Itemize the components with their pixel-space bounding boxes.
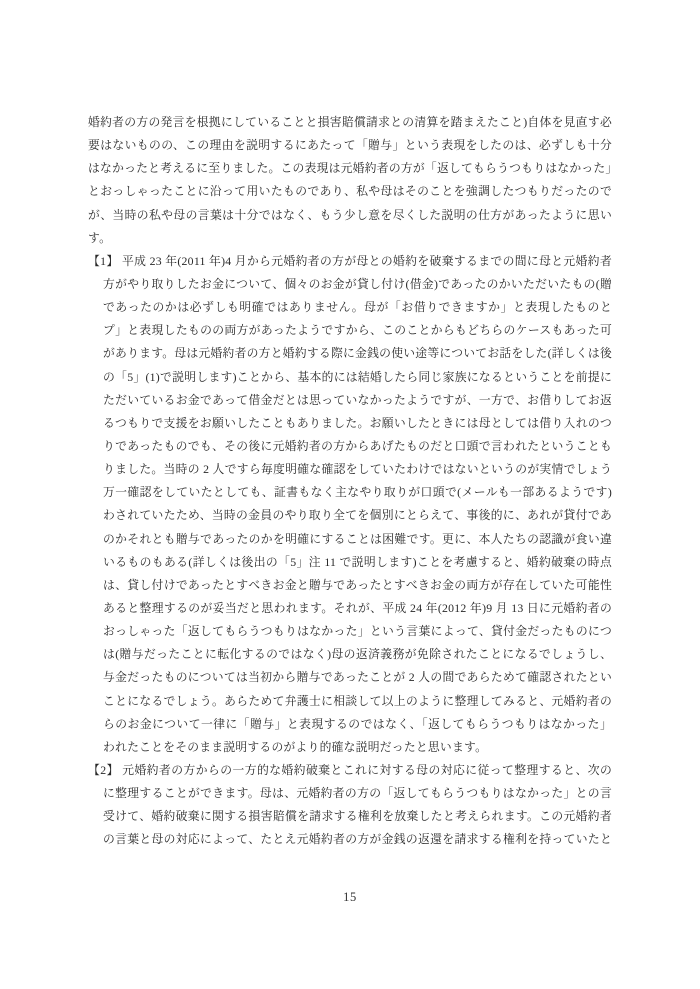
text-line: おっしゃった「返してもらうつもりはなかった」という言葉によって、貸付金だったもの… (103, 620, 612, 643)
text-line: であったのかは必ずしも明確ではありません。母が「お借りできますか」と表現したもの… (103, 296, 612, 319)
text-line: 万一確認をしていたとしても、証書もなく主なやり取りが口頭で(メールも一部あるよう… (103, 481, 612, 504)
text-line: 【2】 元婚約者の方からの一方的な婚約破棄とこれに対する母の対応に従って整理する… (88, 759, 612, 782)
document-page: 婚約者の方の発言を根拠にしていることと損害賠償請求との清算を踏まえたこと)自体を… (0, 0, 700, 989)
text-line: の「5」(1)で説明します)ことから、基本的には結婚したら同じ家族になるというこ… (103, 366, 612, 389)
paragraph-item-2: 【2】 元婚約者の方からの一方的な婚約破棄とこれに対する母の対応に従って整理する… (88, 759, 612, 852)
text-line: す。 (88, 227, 612, 250)
document-text: 婚約者の方の発言を根拠にしていることと損害賠償請求との清算を踏まえたこと)自体を… (88, 111, 612, 852)
text-line: は、貸し付けであったとすべきお金と贈与であったとすべきお金の両方が存在していた可… (103, 574, 612, 597)
text-line: 要はないものの、この理由を説明するにあたって「贈与」という表現をしたのは、必ずし… (88, 134, 612, 157)
paragraph-item-1: 【1】 平成 23 年(2011 年)4 月から元婚約者の方が母との婚約を破棄す… (88, 250, 612, 759)
text-line: われたことをそのまま説明するのがより的確な説明だったと思います。 (103, 736, 612, 759)
text-line: ただいているお金であって借金だとは思っていなかったようですが、一方で、お借りして… (103, 389, 612, 412)
text-line: 方がやり取りしたお金について、個々のお金が貸し付け(借金)であったのかいただいた… (103, 273, 612, 296)
text-line: いるものもある(詳しくは後出の「5」注 11 で説明します)ことを考慮すると、婚… (103, 551, 612, 574)
text-line: 【1】 平成 23 年(2011 年)4 月から元婚約者の方が母との婚約を破棄す… (88, 250, 612, 273)
text-line: わされていたため、当時の金員のやり取り全てを個別にとらえて、事後的に、あれが貸付… (103, 504, 612, 527)
text-line: はなかったと考えるに至りました。この表現は元婚約者の方が「返してもらうつもりはな… (88, 157, 612, 180)
text-line: ことになるでしょう。あらためて弁護士に相談して以上のように整理してみると、元婚約… (103, 690, 612, 713)
text-line: りました。当時の 2 人ですら毎度明確な確認をしていたわけではないというのが実情… (103, 458, 612, 481)
text-line: 受けて、婚約破棄に関する損害賠償を請求する権利を放棄したと考えられます。この元婚… (103, 805, 612, 828)
text-line: あると整理するのが妥当だと思われます。それが、平成 24 年(2012 年)9 … (103, 597, 612, 620)
text-line: に整理することができます。母は、元婚約者の方の「返してもらうつもりはなかった」と… (103, 782, 612, 805)
text-line: が、当時の私や母の言葉は十分ではなく、もう少し意を尽くした説明の仕方があったよう… (88, 204, 612, 227)
text-line: のかそれとも贈与であったのかを明確にすることは困難です。更に、本人たちの認識が食… (103, 528, 612, 551)
text-line: 婚約者の方の発言を根拠にしていることと損害賠償請求との清算を踏まえたこと)自体を… (88, 111, 612, 134)
text-line: りであったものでも、その後に元婚約者の方からあげたものだと口頭で言われたというこ… (103, 435, 612, 458)
page-number: 15 (0, 890, 700, 905)
text-line: とおっしゃったことに沿って用いたものであり、私や母はそのことを強調したつもりだっ… (88, 180, 612, 203)
text-line: があります。母は元婚約者の方と婚約する際に金銭の使い途等についてお話をした(詳し… (103, 342, 612, 365)
text-line: るつもりで支援をお願いしたこともありました。お願いしたときには母としては借り入れ… (103, 412, 612, 435)
text-line: は(贈与だったことに転化するのではなく)母の返済義務が免除されたことになるでしょ… (103, 643, 612, 666)
text-line: の言葉と母の対応によって、たとえ元婚約者の方が金銭の返還を請求する権利を持ってい… (103, 828, 612, 851)
text-line: 与金だったものについては当初から贈与であったことが 2 人の間であらためて確認さ… (103, 666, 612, 689)
text-line: らのお金について一律に「贈与」と表現するのではなく、「返してもらうつもりはなかっ… (103, 713, 612, 736)
text-line: プ」と表現したものの両方があったようですから、このことからもどちらのケースもあっ… (103, 319, 612, 342)
paragraph-intro-continuation: 婚約者の方の発言を根拠にしていることと損害賠償請求との清算を踏まえたこと)自体を… (88, 111, 612, 250)
